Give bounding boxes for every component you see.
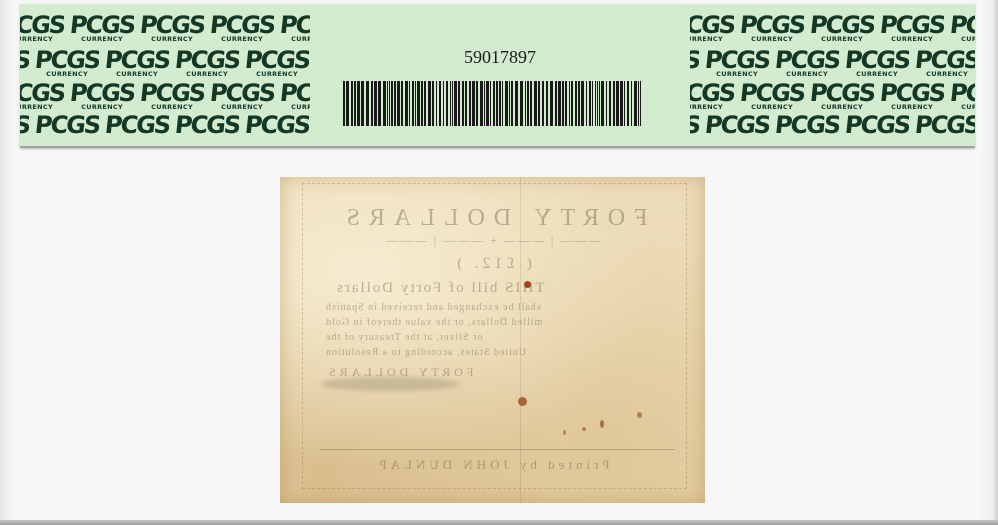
- pcgs-logo-icon: PCGSCURRENCY: [105, 49, 169, 78]
- note-body-line: milled Dollars, or the value thereof in …: [280, 317, 705, 328]
- note-body-line: THIS bill of Forty Dollars: [280, 280, 705, 297]
- pcgs-logo-icon: PCGSCURRENCY: [690, 14, 734, 43]
- pcgs-logo-icon: PCGSCURRENCY: [20, 49, 29, 78]
- pcgs-logo-icon: PCGSCURRENCY: [20, 82, 64, 111]
- pcgs-logo-icon: PCGSCURRENCY: [705, 49, 769, 78]
- note-body-line: shall be exchanged and received in Spani…: [280, 302, 705, 313]
- logo-pattern-left: PCGSCURRENCYPCGSCURRENCYPCGSCURRENCYPCGS…: [20, 4, 310, 148]
- pcgs-logo-icon: PCGSCURRENCY: [210, 14, 274, 43]
- holder-edge: [992, 0, 998, 525]
- pcgs-logo-icon: PCGS: [245, 114, 309, 136]
- banknote-back: FORTY DOLLARS ——— | ——— + ——— | ——— ( £1…: [280, 177, 705, 503]
- pcgs-logo-icon: PCGSCURRENCY: [880, 82, 944, 111]
- ink-smudge: [320, 377, 460, 391]
- pcgs-logo-icon: PCGS: [845, 114, 909, 136]
- pcgs-logo-icon: PCGSCURRENCY: [880, 14, 944, 43]
- certificate-panel: 59017897: [310, 4, 690, 148]
- pcgs-logo-icon: PCGSCURRENCY: [690, 49, 699, 78]
- pcgs-logo-icon: PCGSCURRENCY: [950, 14, 975, 43]
- pcgs-logo-icon: PCGSCURRENCY: [140, 82, 204, 111]
- pcgs-logo-icon: PCGSCURRENCY: [280, 14, 310, 43]
- pcgs-logo-icon: PCGS: [20, 114, 29, 136]
- foxing-spot: [600, 420, 604, 428]
- pcgs-logo-icon: PCGSCURRENCY: [740, 82, 804, 111]
- note-ornament: ——— | ——— + ——— | ———: [280, 233, 705, 248]
- pcgs-logo-icon: PCGS: [705, 114, 769, 136]
- foxing-spot: [524, 281, 531, 288]
- note-body-line: or Silver, at the Treasury of the: [280, 332, 705, 343]
- barcode-icon: [343, 81, 643, 126]
- pcgs-logo-icon: PCGSCURRENCY: [915, 49, 975, 78]
- pcgs-logo-icon: PCGSCURRENCY: [175, 49, 239, 78]
- pcgs-logo-icon: PCGSCURRENCY: [950, 82, 975, 111]
- pcgs-logo-icon: PCGSCURRENCY: [70, 14, 134, 43]
- pcgs-logo-icon: PCGSCURRENCY: [690, 82, 734, 111]
- pcgs-label: PCGSCURRENCYPCGSCURRENCYPCGSCURRENCYPCGS…: [20, 4, 975, 148]
- pcgs-logo-icon: PCGS: [35, 114, 99, 136]
- note-value: ( £12. ): [280, 255, 705, 273]
- pcgs-logo-icon: PCGSCURRENCY: [20, 14, 64, 43]
- signature-rule: [320, 449, 675, 450]
- foxing-spot: [563, 430, 566, 435]
- pcgs-logo-icon: PCGS: [690, 114, 699, 136]
- pcgs-logo-icon: PCGS: [775, 114, 839, 136]
- pcgs-logo-icon: PCGSCURRENCY: [70, 82, 134, 111]
- pcgs-logo-icon: PCGSCURRENCY: [280, 82, 310, 111]
- pcgs-logo-icon: PCGSCURRENCY: [810, 14, 874, 43]
- pcgs-logo-icon: PCGSCURRENCY: [245, 49, 309, 78]
- pcgs-logo-icon: PCGSCURRENCY: [810, 82, 874, 111]
- foxing-spot: [637, 412, 642, 418]
- holder-edge: [0, 520, 998, 525]
- pcgs-logo-icon: PCGSCURRENCY: [775, 49, 839, 78]
- note-title: FORTY DOLLARS: [280, 205, 705, 232]
- pcgs-logo-icon: PCGS: [175, 114, 239, 136]
- foxing-spot: [582, 427, 586, 431]
- pcgs-logo-icon: PCGSCURRENCY: [845, 49, 909, 78]
- note-body-line: United States, according to a Resolution: [280, 347, 705, 358]
- printer-imprint: Printed by JOHN DUNLAP: [280, 457, 705, 473]
- certificate-number: 59017897: [310, 47, 690, 68]
- pcgs-logo-icon: PCGSCURRENCY: [210, 82, 274, 111]
- logo-pattern-right: PCGSCURRENCYPCGSCURRENCYPCGSCURRENCYPCGS…: [690, 4, 975, 148]
- foxing-spot: [518, 397, 527, 406]
- pcgs-logo-icon: PCGSCURRENCY: [140, 14, 204, 43]
- pcgs-logo-icon: PCGSCURRENCY: [740, 14, 804, 43]
- currency-holder: PCGSCURRENCYPCGSCURRENCYPCGSCURRENCYPCGS…: [0, 0, 998, 525]
- pcgs-logo-icon: PCGSCURRENCY: [35, 49, 99, 78]
- pcgs-logo-icon: PCGS: [915, 114, 975, 136]
- pcgs-logo-icon: PCGS: [105, 114, 169, 136]
